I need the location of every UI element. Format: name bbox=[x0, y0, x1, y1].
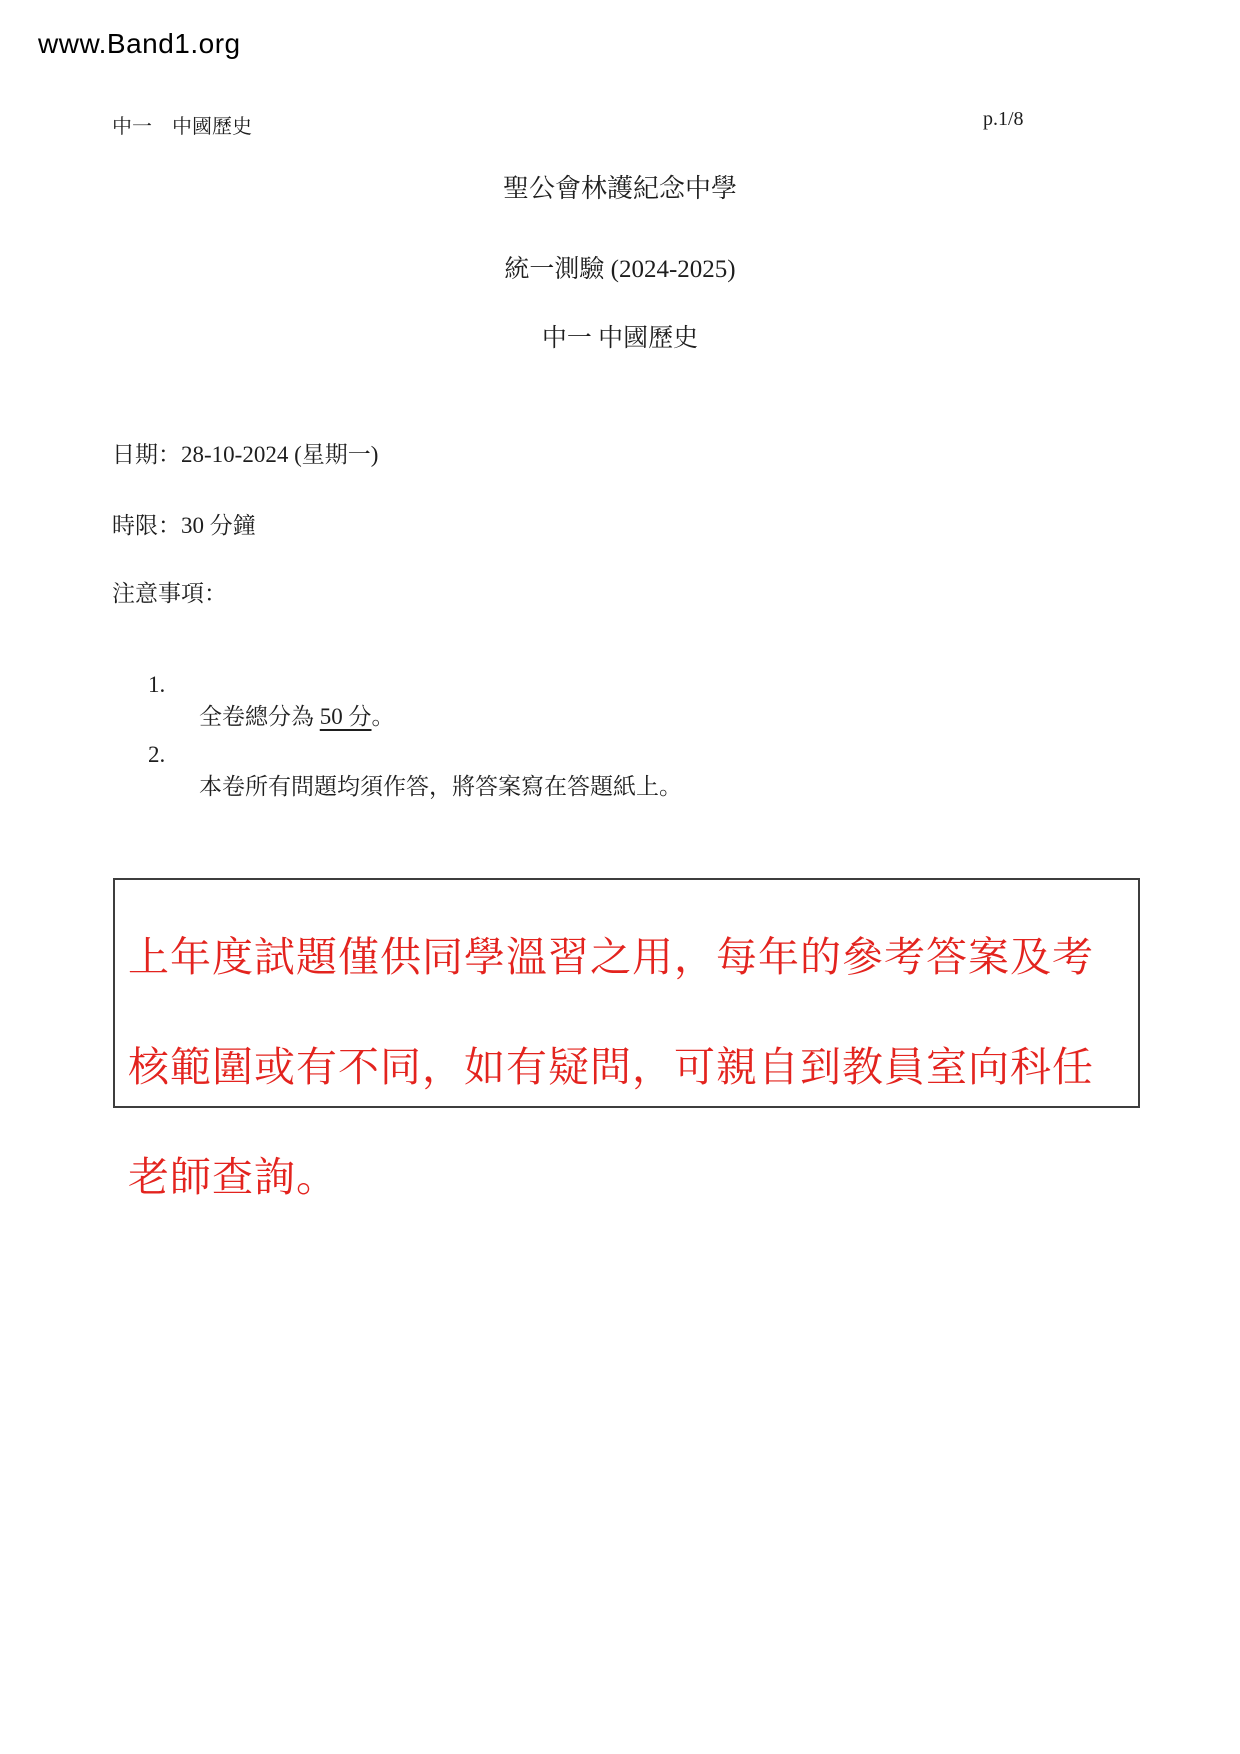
note-item-2-text: 本卷所有問題均須作答，將答案寫在答題紙上。 bbox=[199, 768, 682, 801]
exam-title: 統一測驗 (2024-2025) bbox=[0, 249, 1240, 285]
note-item-2: 2. 本卷所有問題均須作答，將答案寫在答題紙上。 bbox=[0, 716, 1240, 820]
exam-paper-page: www.Band1.org 中一 中國歷史 p.1/8 聖公會林護紀念中學 統一… bbox=[0, 0, 1240, 1754]
school-name: 聖公會林護紀念中學 bbox=[0, 168, 1240, 205]
header-class-subject: 中一 中國歷史 bbox=[112, 110, 252, 139]
watermark-url: www.Band1.org bbox=[38, 28, 241, 60]
note-item-1-number: 1. bbox=[148, 672, 165, 698]
note-item-2-number: 2. bbox=[148, 742, 165, 768]
subject-title: 中一 中國歷史 bbox=[0, 318, 1240, 354]
exam-date: 日期：28-10-2024 (星期一) bbox=[112, 436, 378, 469]
notice-line-2: 核範圍或有不同，如有疑問，可親自到教員室向科任 bbox=[128, 1030, 1138, 1104]
time-limit: 時限：30 分鐘 bbox=[112, 507, 256, 540]
page-number: p.1/8 bbox=[983, 108, 1024, 131]
notice-line-1: 上年度試題僅供同學溫習之用，每年的參考答案及考 bbox=[128, 920, 1138, 994]
notes-heading: 注意事項： bbox=[112, 575, 227, 608]
notice-box: 上年度試題僅供同學溫習之用，每年的參考答案及考 核範圍或有不同，如有疑問，可親自… bbox=[113, 878, 1140, 1108]
notice-line-3: 老師查詢。 bbox=[128, 1140, 1138, 1214]
